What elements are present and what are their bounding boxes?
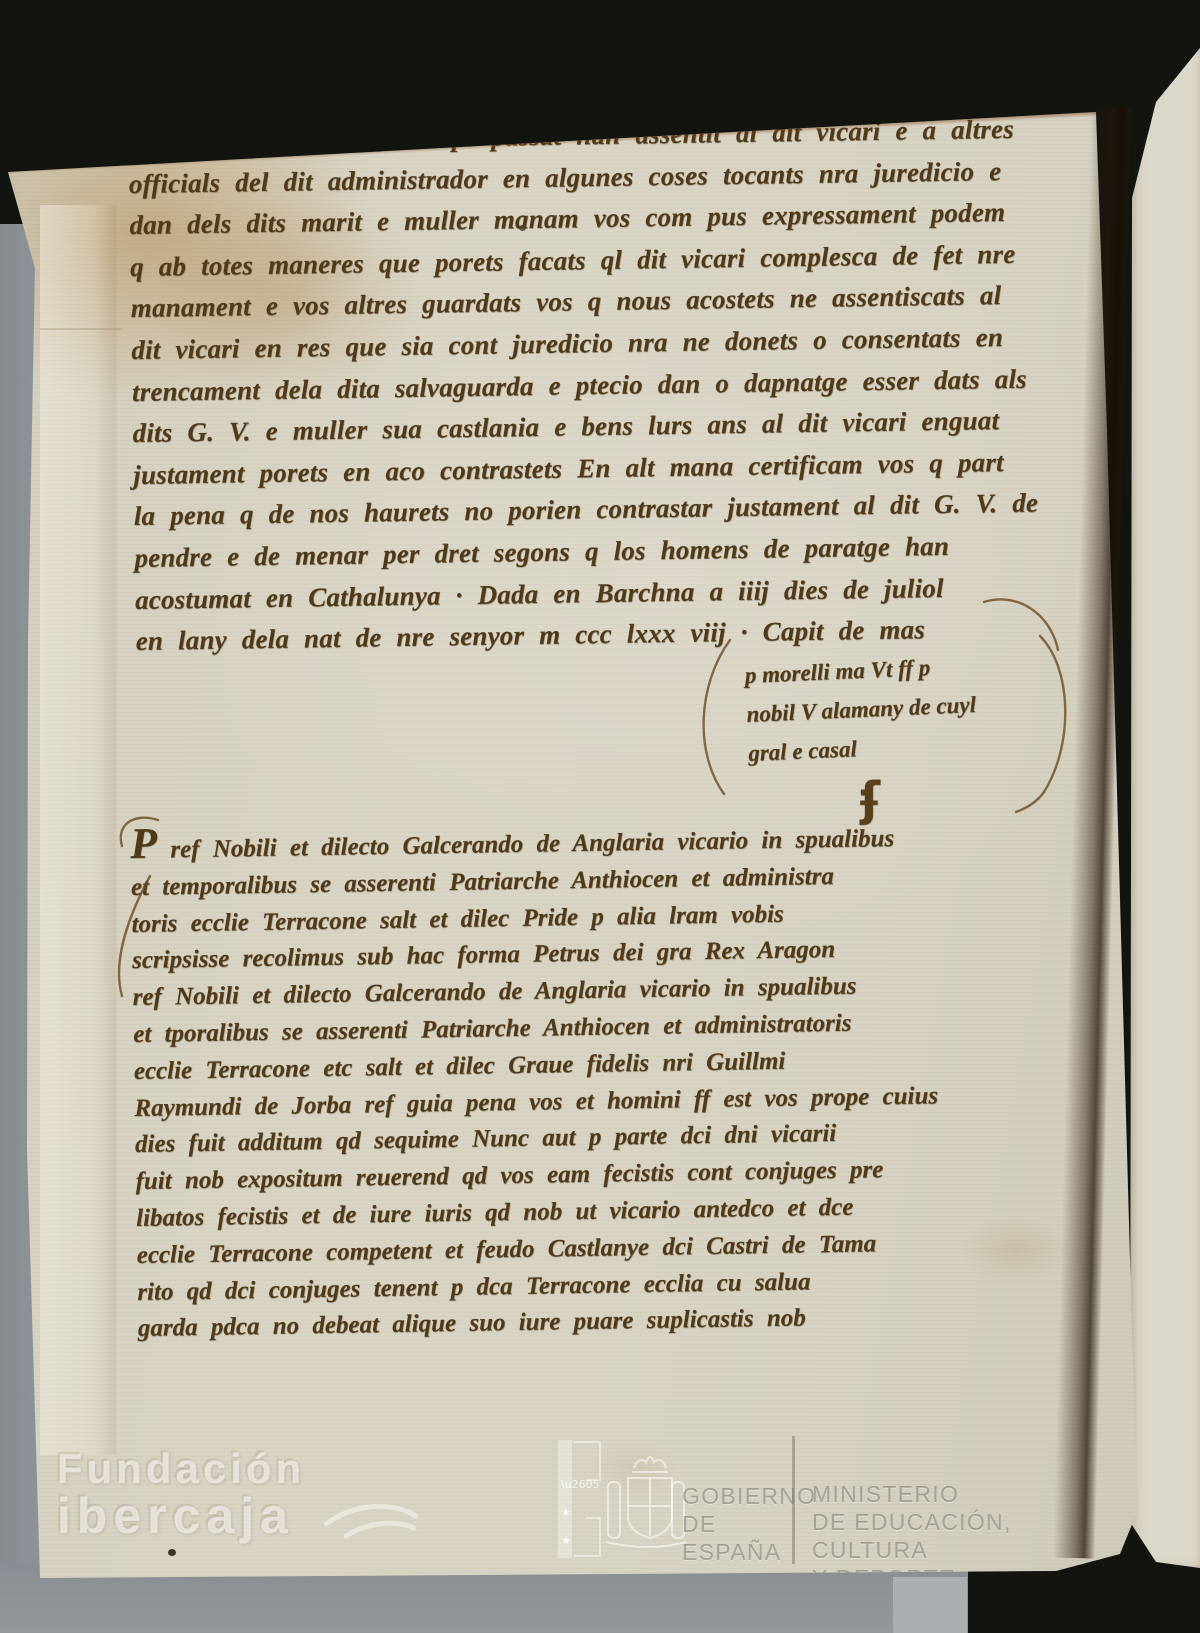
manuscript-scan: vos o singulars vres en teps passat han … bbox=[0, 0, 1200, 1633]
page-edge-shading bbox=[0, 0, 1200, 1633]
scanner-mat-patch bbox=[893, 1577, 967, 1633]
facing-page-edge bbox=[1122, 40, 1200, 1568]
manuscript-page: vos o singulars vres en teps passat han … bbox=[0, 0, 1200, 1633]
